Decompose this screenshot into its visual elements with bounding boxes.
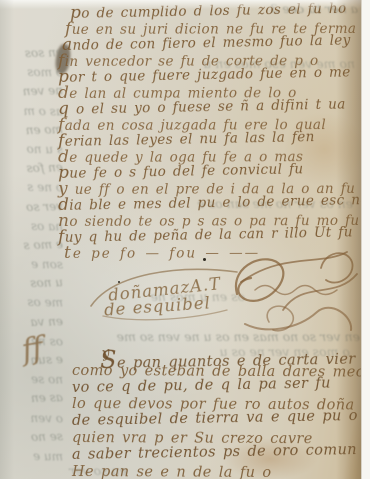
manuscript-text-line: He pan se e n de la fu o [72,464,362,479]
manuscript-text-line: de esquibel de tierra va e que pu o [72,408,362,430]
manuscript-scan-page: en soso mosne venas o mmo ens u noen fos… [0,0,370,479]
bottom-text-block: Se pan quantos e de carta viercomo yo es… [72,346,362,479]
main-text-block: po de cumplido d los fu zos el fu hofue … [58,3,358,259]
page-curl-shadow [336,0,362,479]
manuscript-text-line: Se pan quantos e de carta vier [100,341,362,362]
top-edge-highlight [0,0,370,9]
scan-background-strip [361,0,370,479]
left-edge-shadow [0,0,14,479]
